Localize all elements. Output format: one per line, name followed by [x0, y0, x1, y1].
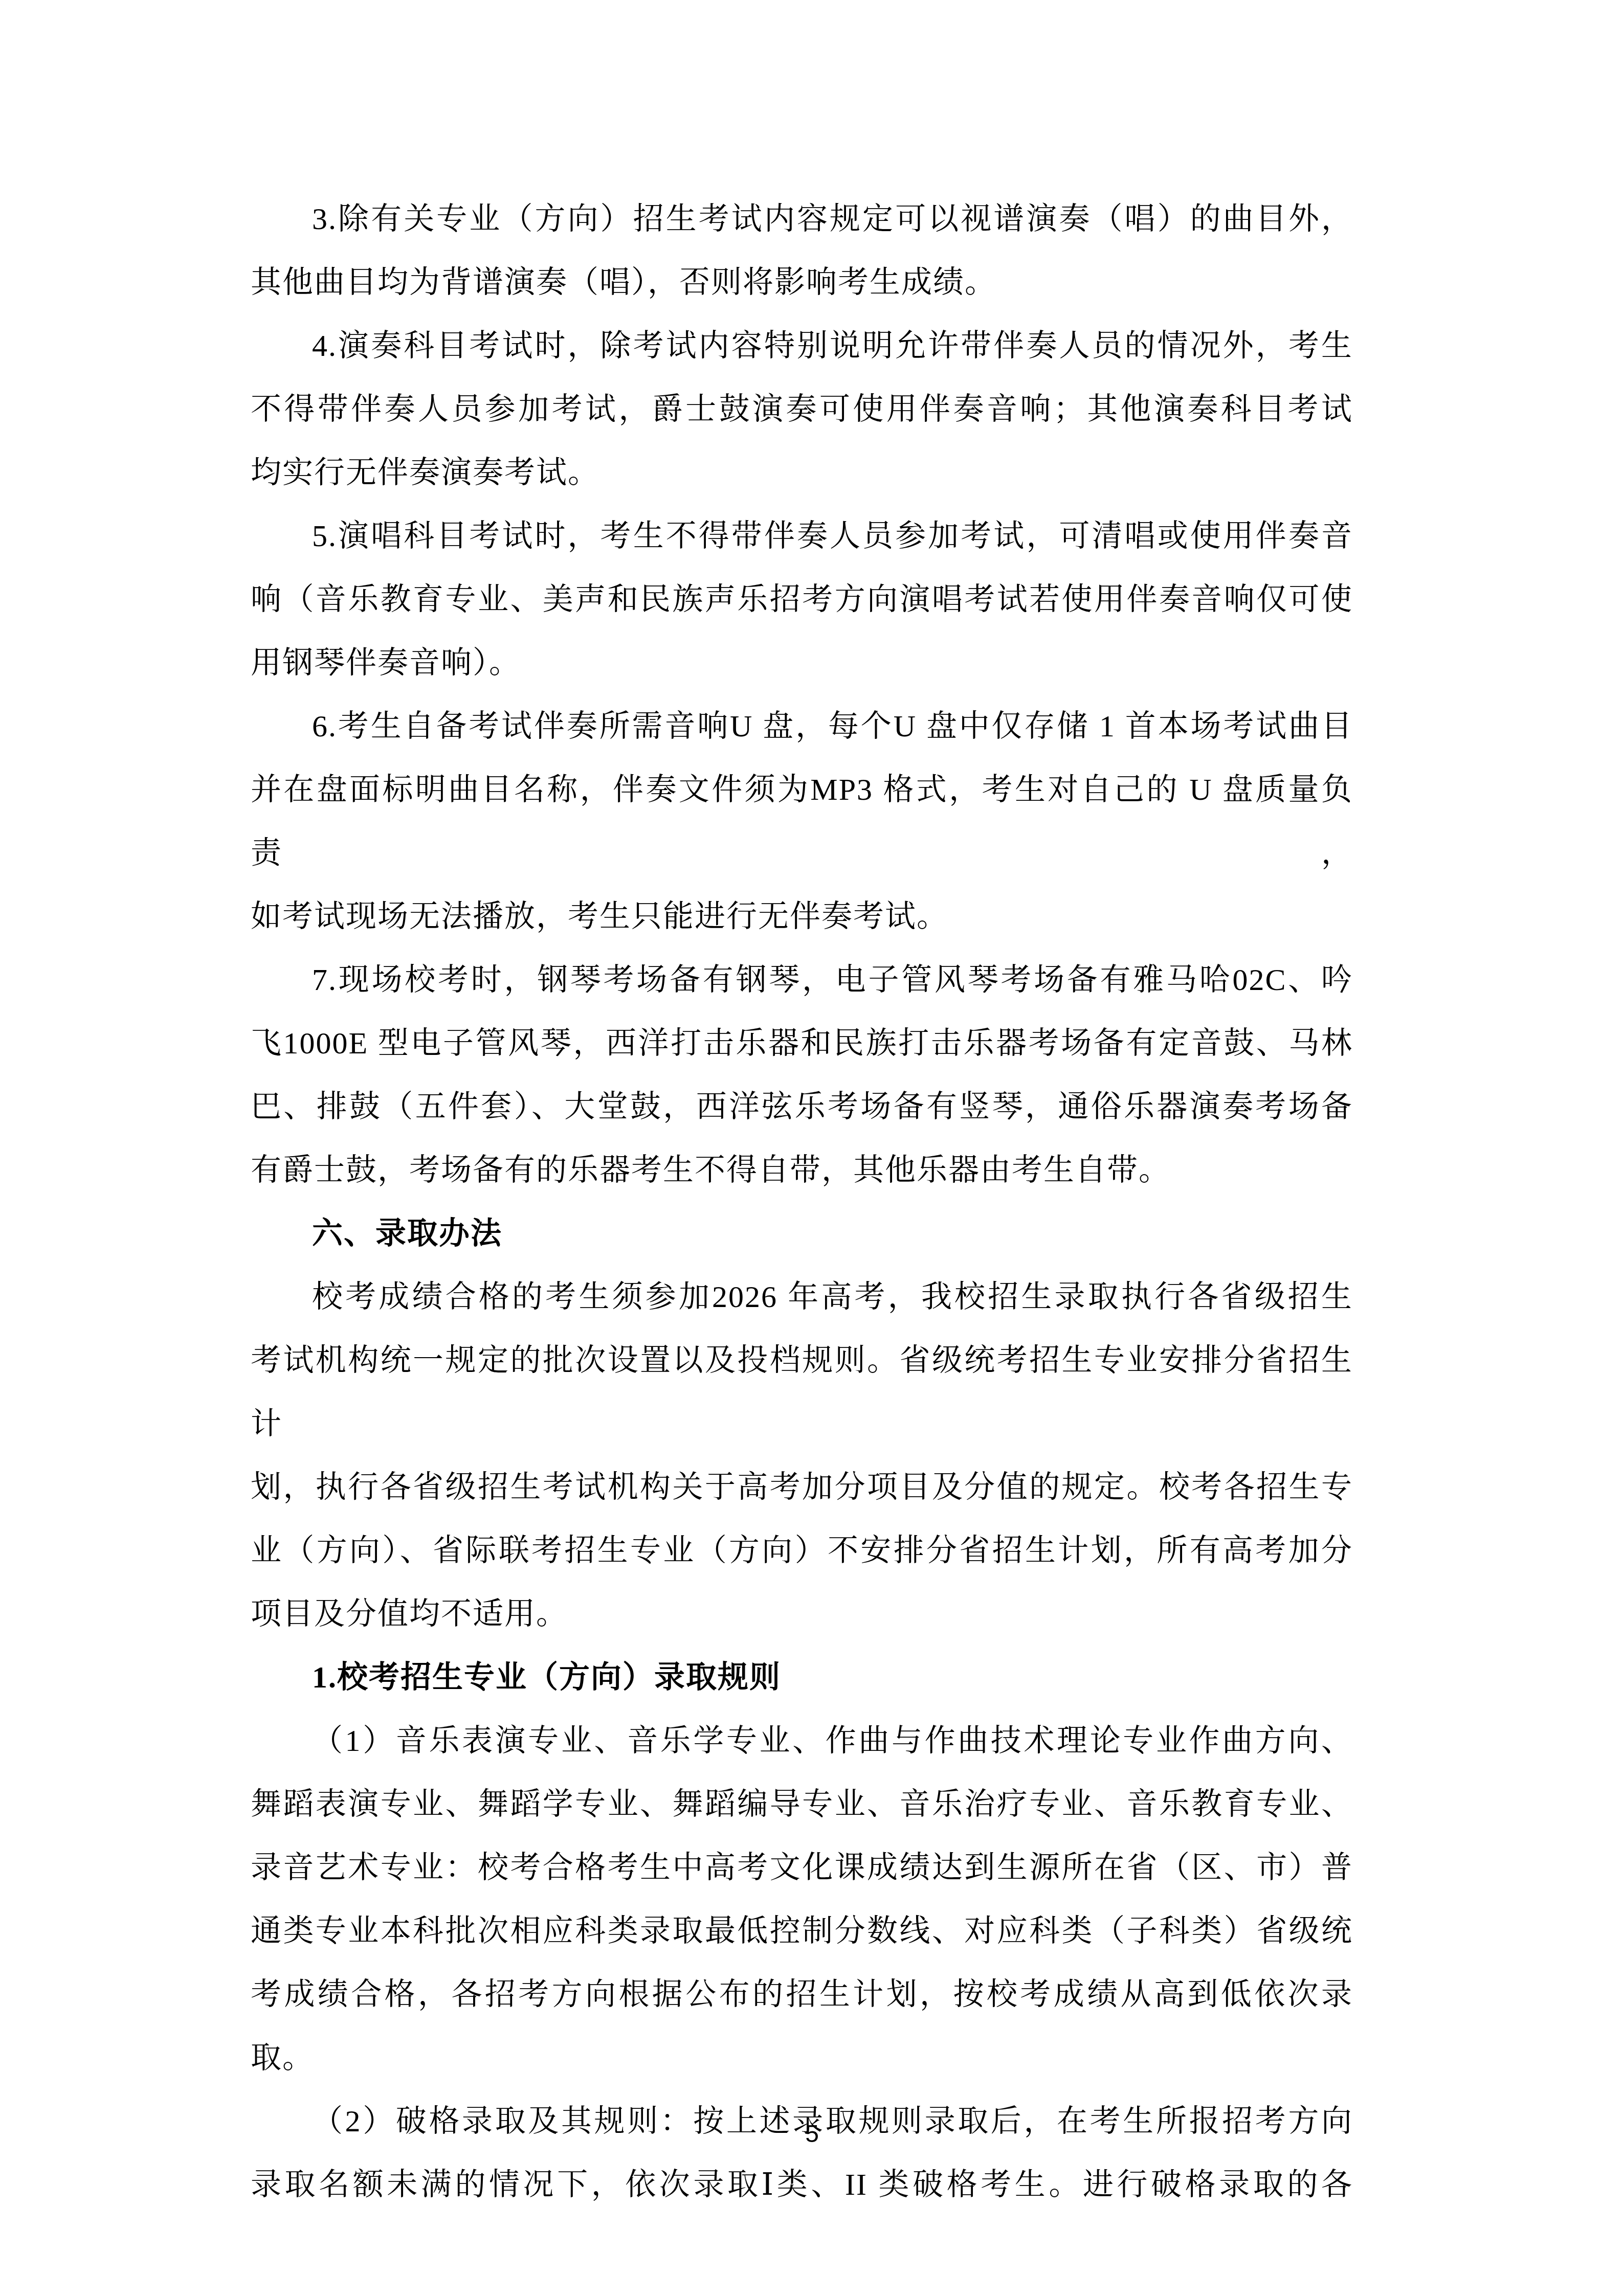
body-text-line: 并在盘面标明曲目名称，伴奏文件须为MP3 格式，考生对自己的 U 盘质量负责，	[251, 758, 1353, 885]
body-text-line: （1）音乐表演专业、音乐学专业、作曲与作曲技术理论专业作曲方向、	[251, 1709, 1353, 1772]
body-text-line: 考成绩合格，各招考方向根据公布的招生计划，按校考成绩从高到低依次录	[251, 1963, 1353, 2026]
section-heading: 1.校考招生专业（方向）录取规则	[251, 1646, 1353, 1709]
body-text-line: 3.除有关专业（方向）招生考试内容规定可以视谱演奏（唱）的曲目外，	[251, 187, 1353, 251]
body-text-line: 其他曲目均为背谱演奏（唱），否则将影响考生成绩。	[251, 251, 1353, 314]
body-text-line: 业（方向）、省际联考招生专业（方向）不安排分省招生计划，所有高考加分	[251, 1519, 1353, 1582]
body-text-line: 划，执行各省级招生考试机构关于高考加分项目及分值的规定。校考各招生专	[251, 1455, 1353, 1519]
body-text-line: 如考试现场无法播放，考生只能进行无伴奏考试。	[251, 885, 1353, 948]
document-page: 3.除有关专业（方向）招生考试内容规定可以视谱演奏（唱）的曲目外，其他曲目均为背…	[0, 0, 1624, 2296]
body-text-line: 用钢琴伴奏音响）。	[251, 631, 1353, 694]
body-text-line: 飞1000E 型电子管风琴，西洋打击乐器和民族打击乐器考场备有定音鼓、马林	[251, 1011, 1353, 1075]
body-text-line: 校考成绩合格的考生须参加2026 年高考，我校招生录取执行各省级招生	[251, 1265, 1353, 1329]
body-text-line: 有爵士鼓，考场备有的乐器考生不得自带，其他乐器由考生自带。	[251, 1138, 1353, 1202]
body-text-line: 舞蹈表演专业、舞蹈学专业、舞蹈编导专业、音乐治疗专业、音乐教育专业、	[251, 1772, 1353, 1836]
body-text-line: 5.演唱科目考试时，考生不得带伴奏人员参加考试，可清唱或使用伴奏音	[251, 504, 1353, 568]
body-text-line: 录音艺术专业：校考合格考生中高考文化课成绩达到生源所在省（区、市）普	[251, 1836, 1353, 1899]
body-text-line: 7.现场校考时，钢琴考场备有钢琴，电子管风琴考场备有雅马哈02C、吟	[251, 948, 1353, 1011]
body-text-line: 项目及分值均不适用。	[251, 1582, 1353, 1646]
body-text-line: 6.考生自备考试伴奏所需音响U 盘，每个U 盘中仅存储 1 首本场考试曲目	[251, 694, 1353, 758]
body-text-line: 通类专业本科批次相应科类录取最低控制分数线、对应科类（子科类）省级统	[251, 1899, 1353, 1963]
body-text-line: 考试机构统一规定的批次设置以及投档规则。省级统考招生专业安排分省招生计	[251, 1329, 1353, 1455]
body-text-line: 不得带伴奏人员参加考试，爵士鼓演奏可使用伴奏音响；其他演奏科目考试	[251, 377, 1353, 441]
document-body: 3.除有关专业（方向）招生考试内容规定可以视谱演奏（唱）的曲目外，其他曲目均为背…	[251, 187, 1353, 2216]
page-number: 5	[0, 2120, 1624, 2149]
body-text-line: 响（音乐教育专业、美声和民族声乐招考方向演唱考试若使用伴奏音响仅可使	[251, 568, 1353, 631]
body-text-line: 取。	[251, 2026, 1353, 2089]
body-text-line: 4.演奏科目考试时，除考试内容特别说明允许带伴奏人员的情况外，考生	[251, 314, 1353, 377]
body-text-line: 巴、排鼓（五件套）、大堂鼓，西洋弦乐考场备有竖琴，通俗乐器演奏考场备	[251, 1075, 1353, 1138]
body-text-line: 录取名额未满的情况下，依次录取Ⅰ类、II 类破格考生。进行破格录取的各	[251, 2153, 1353, 2216]
body-text-line: 均实行无伴奏演奏考试。	[251, 441, 1353, 504]
section-heading: 六、录取办法	[251, 1202, 1353, 1265]
